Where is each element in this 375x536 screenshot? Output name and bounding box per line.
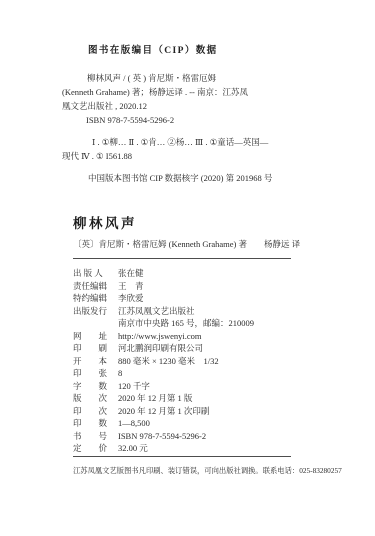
colophon-row: 出 版 人 张在健 [73,267,375,280]
colophon-value: 8 [118,367,375,380]
cip-registry-line: 中国版本图书馆 CIP 数据核字 (2020) 第 201968 号 [88,171,320,185]
isbn-line: ISBN 978-7-5594-5296-2 [86,113,320,127]
book-title: 柳林风声 [73,215,345,232]
colophon-label: 版 次 [73,392,118,405]
colophon-table: 出 版 人 张在健 责任编辑 王 青 特约编辑 李欣爱 出版发行 江苏凤凰文艺出… [73,267,375,455]
colophon-row: 出版发行 江苏凤凰文艺出版社 [73,305,375,318]
divider-rule-top [73,258,291,259]
colophon-row: 网 址 http://www.jswenyi.com [73,330,375,343]
colophon-label: 出 版 人 [73,267,118,280]
cip-heading: 图书在版编目（CIP）数据 [88,44,320,58]
colophon-value: ISBN 978-7-5594-5296-2 [118,430,375,443]
cip-classification: Ⅰ . ①柳… Ⅱ . ①肯… ②杨… Ⅲ . ①童话—英国— 现代 Ⅳ . ①… [62,135,320,163]
footer-note: 江苏凤凰文艺版图书凡印刷、装订错误，可向出版社调换。联系电话：025-83280… [73,466,375,476]
colophon-label: 字 数 [73,380,118,393]
colophon-label: 定 价 [73,442,118,455]
colophon-row: 版 次 2020 年 12 月第 1 版 [73,392,375,405]
colophon-value: http://www.jswenyi.com [118,330,375,343]
copyright-page: 图书在版编目（CIP）数据 柳林风声 / ( 英 ) 肯尼斯・格雷厄姆 (Ken… [0,0,375,536]
colophon-label: 责任编辑 [73,280,118,293]
colophon-value: 王 青 [118,280,375,293]
colophon-label: 出版发行 [73,305,118,318]
colophon-value: 2020 年 12 月第 1 版 [118,392,375,405]
colophon-value: 江苏凤凰文艺出版社 [118,305,375,318]
colophon-label: 网 址 [73,330,118,343]
colophon-row: 印 数 1—8,500 [73,417,375,430]
colophon-row: 定 价 32.00 元 [73,442,375,455]
divider-rule-bottom [73,456,291,457]
colophon-value: 32.00 元 [118,442,375,455]
cip-block: 图书在版编目（CIP）数据 柳林风声 / ( 英 ) 肯尼斯・格雷厄姆 (Ken… [62,44,320,185]
colophon-value: 李欣爱 [118,292,375,305]
colophon-value: 南京市中央路 165 号，邮编：210009 [118,317,375,330]
colophon-label: 书 号 [73,430,118,443]
byline: 〔英〕肯尼斯・格雷厄姆 (Kenneth Grahame) 著 杨静远 译 [73,239,345,250]
colophon-row: 印 次 2020 年 12 月第 1 次印刷 [73,405,375,418]
cip-record-line: (Kenneth Grahame) 著；杨静远译 . -- 南京：江苏凤 [62,85,320,99]
colophon-row: 南京市中央路 165 号，邮编：210009 [73,317,375,330]
colophon-row: 特约编辑 李欣爱 [73,292,375,305]
colophon-label: 印 数 [73,417,118,430]
colophon-value: 河北鹏润印刷有限公司 [118,342,375,355]
colophon-label: 印 刷 [73,342,118,355]
colophon-row: 开 本 880 毫米 × 1230 毫米 1/32 [73,355,375,368]
title-block: 柳林风声 〔英〕肯尼斯・格雷厄姆 (Kenneth Grahame) 著 杨静远… [73,215,345,250]
cip-class-line: Ⅰ . ①柳… Ⅱ . ①肯… ②杨… Ⅲ . ①童话—英国— [62,135,320,149]
cip-record-line: 柳林风声 / ( 英 ) 肯尼斯・格雷厄姆 [62,71,320,85]
colophon-row: 印 张 8 [73,367,375,380]
colophon-row: 责任编辑 王 青 [73,280,375,293]
colophon-value: 120 千字 [118,380,375,393]
colophon-row: 印 刷 河北鹏润印刷有限公司 [73,342,375,355]
colophon-label: 印 张 [73,367,118,380]
cip-record-line: 凰文艺出版社 , 2020.12 [62,99,320,113]
colophon-value: 880 毫米 × 1230 毫米 1/32 [118,355,375,368]
cip-record: 柳林风声 / ( 英 ) 肯尼斯・格雷厄姆 (Kenneth Grahame) … [62,71,320,127]
cip-class-line: 现代 Ⅳ . ① I561.88 [62,149,320,163]
colophon-value: 2020 年 12 月第 1 次印刷 [118,405,375,418]
colophon-label: 印 次 [73,405,118,418]
colophon-label: 特约编辑 [73,292,118,305]
colophon-row: 书 号 ISBN 978-7-5594-5296-2 [73,430,375,443]
colophon-label [73,317,118,330]
colophon-row: 字 数 120 千字 [73,380,375,393]
colophon-label: 开 本 [73,355,118,368]
colophon-value: 1—8,500 [118,417,375,430]
colophon-value: 张在健 [118,267,375,280]
